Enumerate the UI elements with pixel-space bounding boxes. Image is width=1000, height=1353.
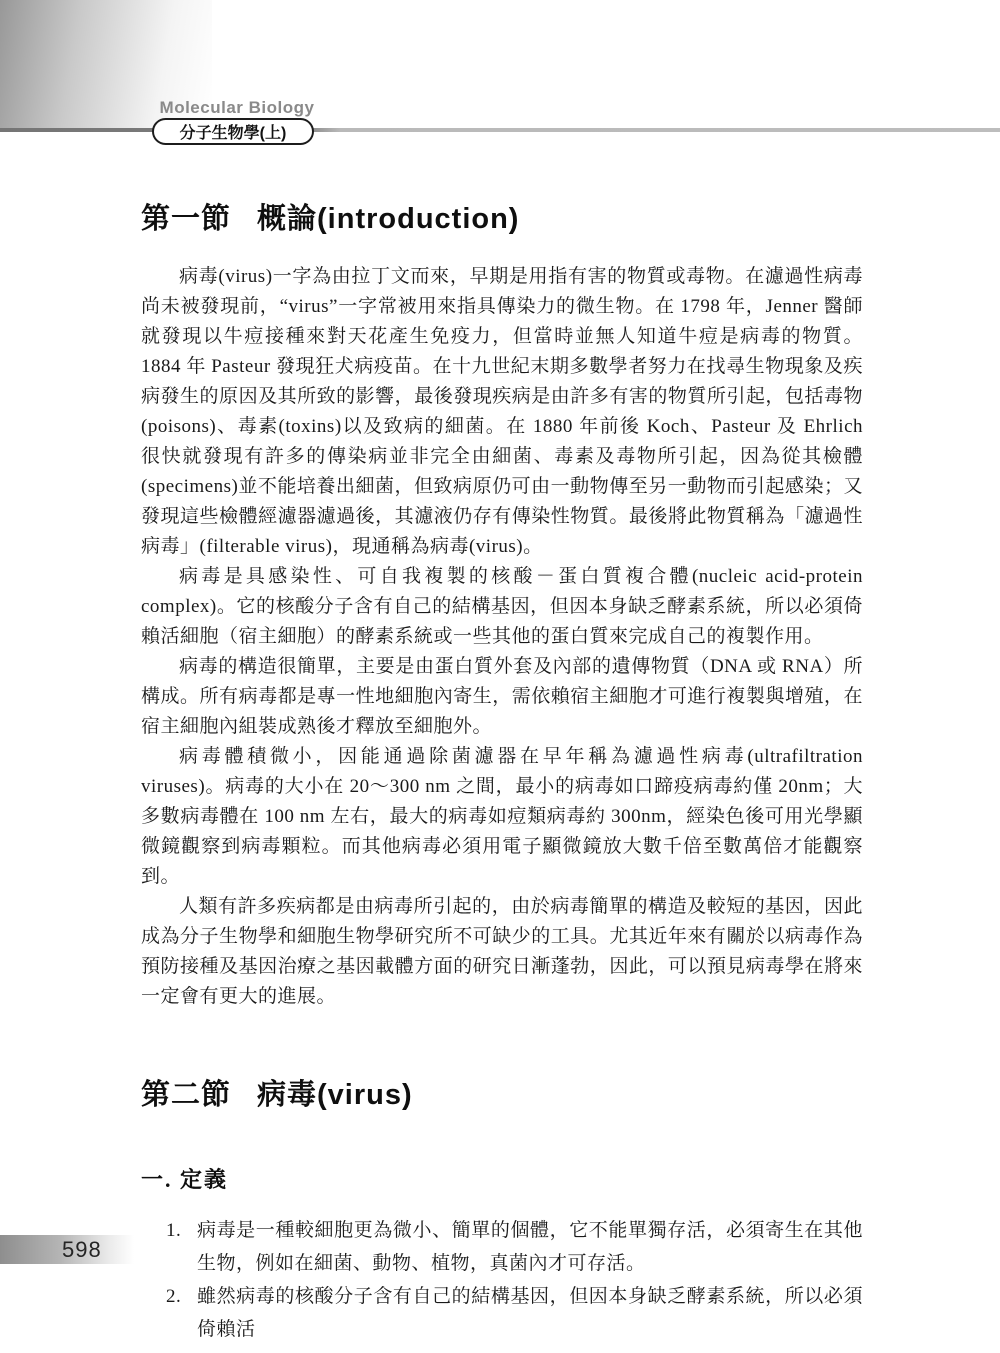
section-1-number: 第一節 xyxy=(141,203,231,235)
paragraph: 病毒(virus)一字為由拉丁文而來，早期是用指有害的物質或毒物。在濾過性病毒尚… xyxy=(141,262,863,562)
subsection-definition-heading: 一. 定義 xyxy=(141,1163,863,1194)
section-2-name: 病毒(virus) xyxy=(257,1079,413,1111)
header-rule xyxy=(0,128,1000,132)
list-item-number: 2. xyxy=(166,1280,197,1346)
page-number: 598 xyxy=(0,1237,102,1263)
series-title-chinese: 分子生物學(上) xyxy=(180,120,287,143)
paragraph: 病毒體積微小，因能通過除菌濾器在早年稱為濾過性病毒(ultrafiltratio… xyxy=(141,742,863,892)
section-2-title: 第二節病毒(virus) xyxy=(141,1072,863,1113)
list-item-number: 1. xyxy=(166,1214,197,1280)
list-item-text: 雖然病毒的核酸分子含有自己的結構基因，但因本身缺乏酵素系統，所以必須倚賴活 xyxy=(197,1280,863,1346)
section-2-number: 第二節 xyxy=(141,1079,231,1111)
section-1-title: 第一節概論(introduction) xyxy=(141,196,863,237)
list-item: 2. 雖然病毒的核酸分子含有自己的結構基因，但因本身缺乏酵素系統，所以必須倚賴活 xyxy=(166,1280,863,1346)
series-title-pill: 分子生物學(上) xyxy=(152,118,314,145)
footer-page-bar: 598 xyxy=(0,1235,134,1264)
series-title-english: Molecular Biology xyxy=(137,98,337,118)
section-1-name: 概論(introduction) xyxy=(257,203,519,235)
paragraph: 病毒的構造很簡單，主要是由蛋白質外套及內部的遺傳物質（DNA 或 RNA）所構成… xyxy=(141,652,863,742)
page-content: 第一節概論(introduction) 病毒(virus)一字為由拉丁文而來，早… xyxy=(141,196,863,1346)
definition-list: 1. 病毒是一種較細胞更為微小、簡單的個體，它不能單獨存活，必須寄生在其他生物，… xyxy=(141,1214,863,1346)
list-item: 1. 病毒是一種較細胞更為微小、簡單的個體，它不能單獨存活，必須寄生在其他生物，… xyxy=(166,1214,863,1280)
list-item-text: 病毒是一種較細胞更為微小、簡單的個體，它不能單獨存活，必須寄生在其他生物，例如在… xyxy=(197,1214,863,1280)
paragraph: 人類有許多疾病都是由病毒所引起的，由於病毒簡單的構造及較短的基因，因此成為分子生… xyxy=(141,892,863,1012)
paragraph: 病毒是具感染性、可自我複製的核酸－蛋白質複合體(nucleic acid-pro… xyxy=(141,562,863,652)
